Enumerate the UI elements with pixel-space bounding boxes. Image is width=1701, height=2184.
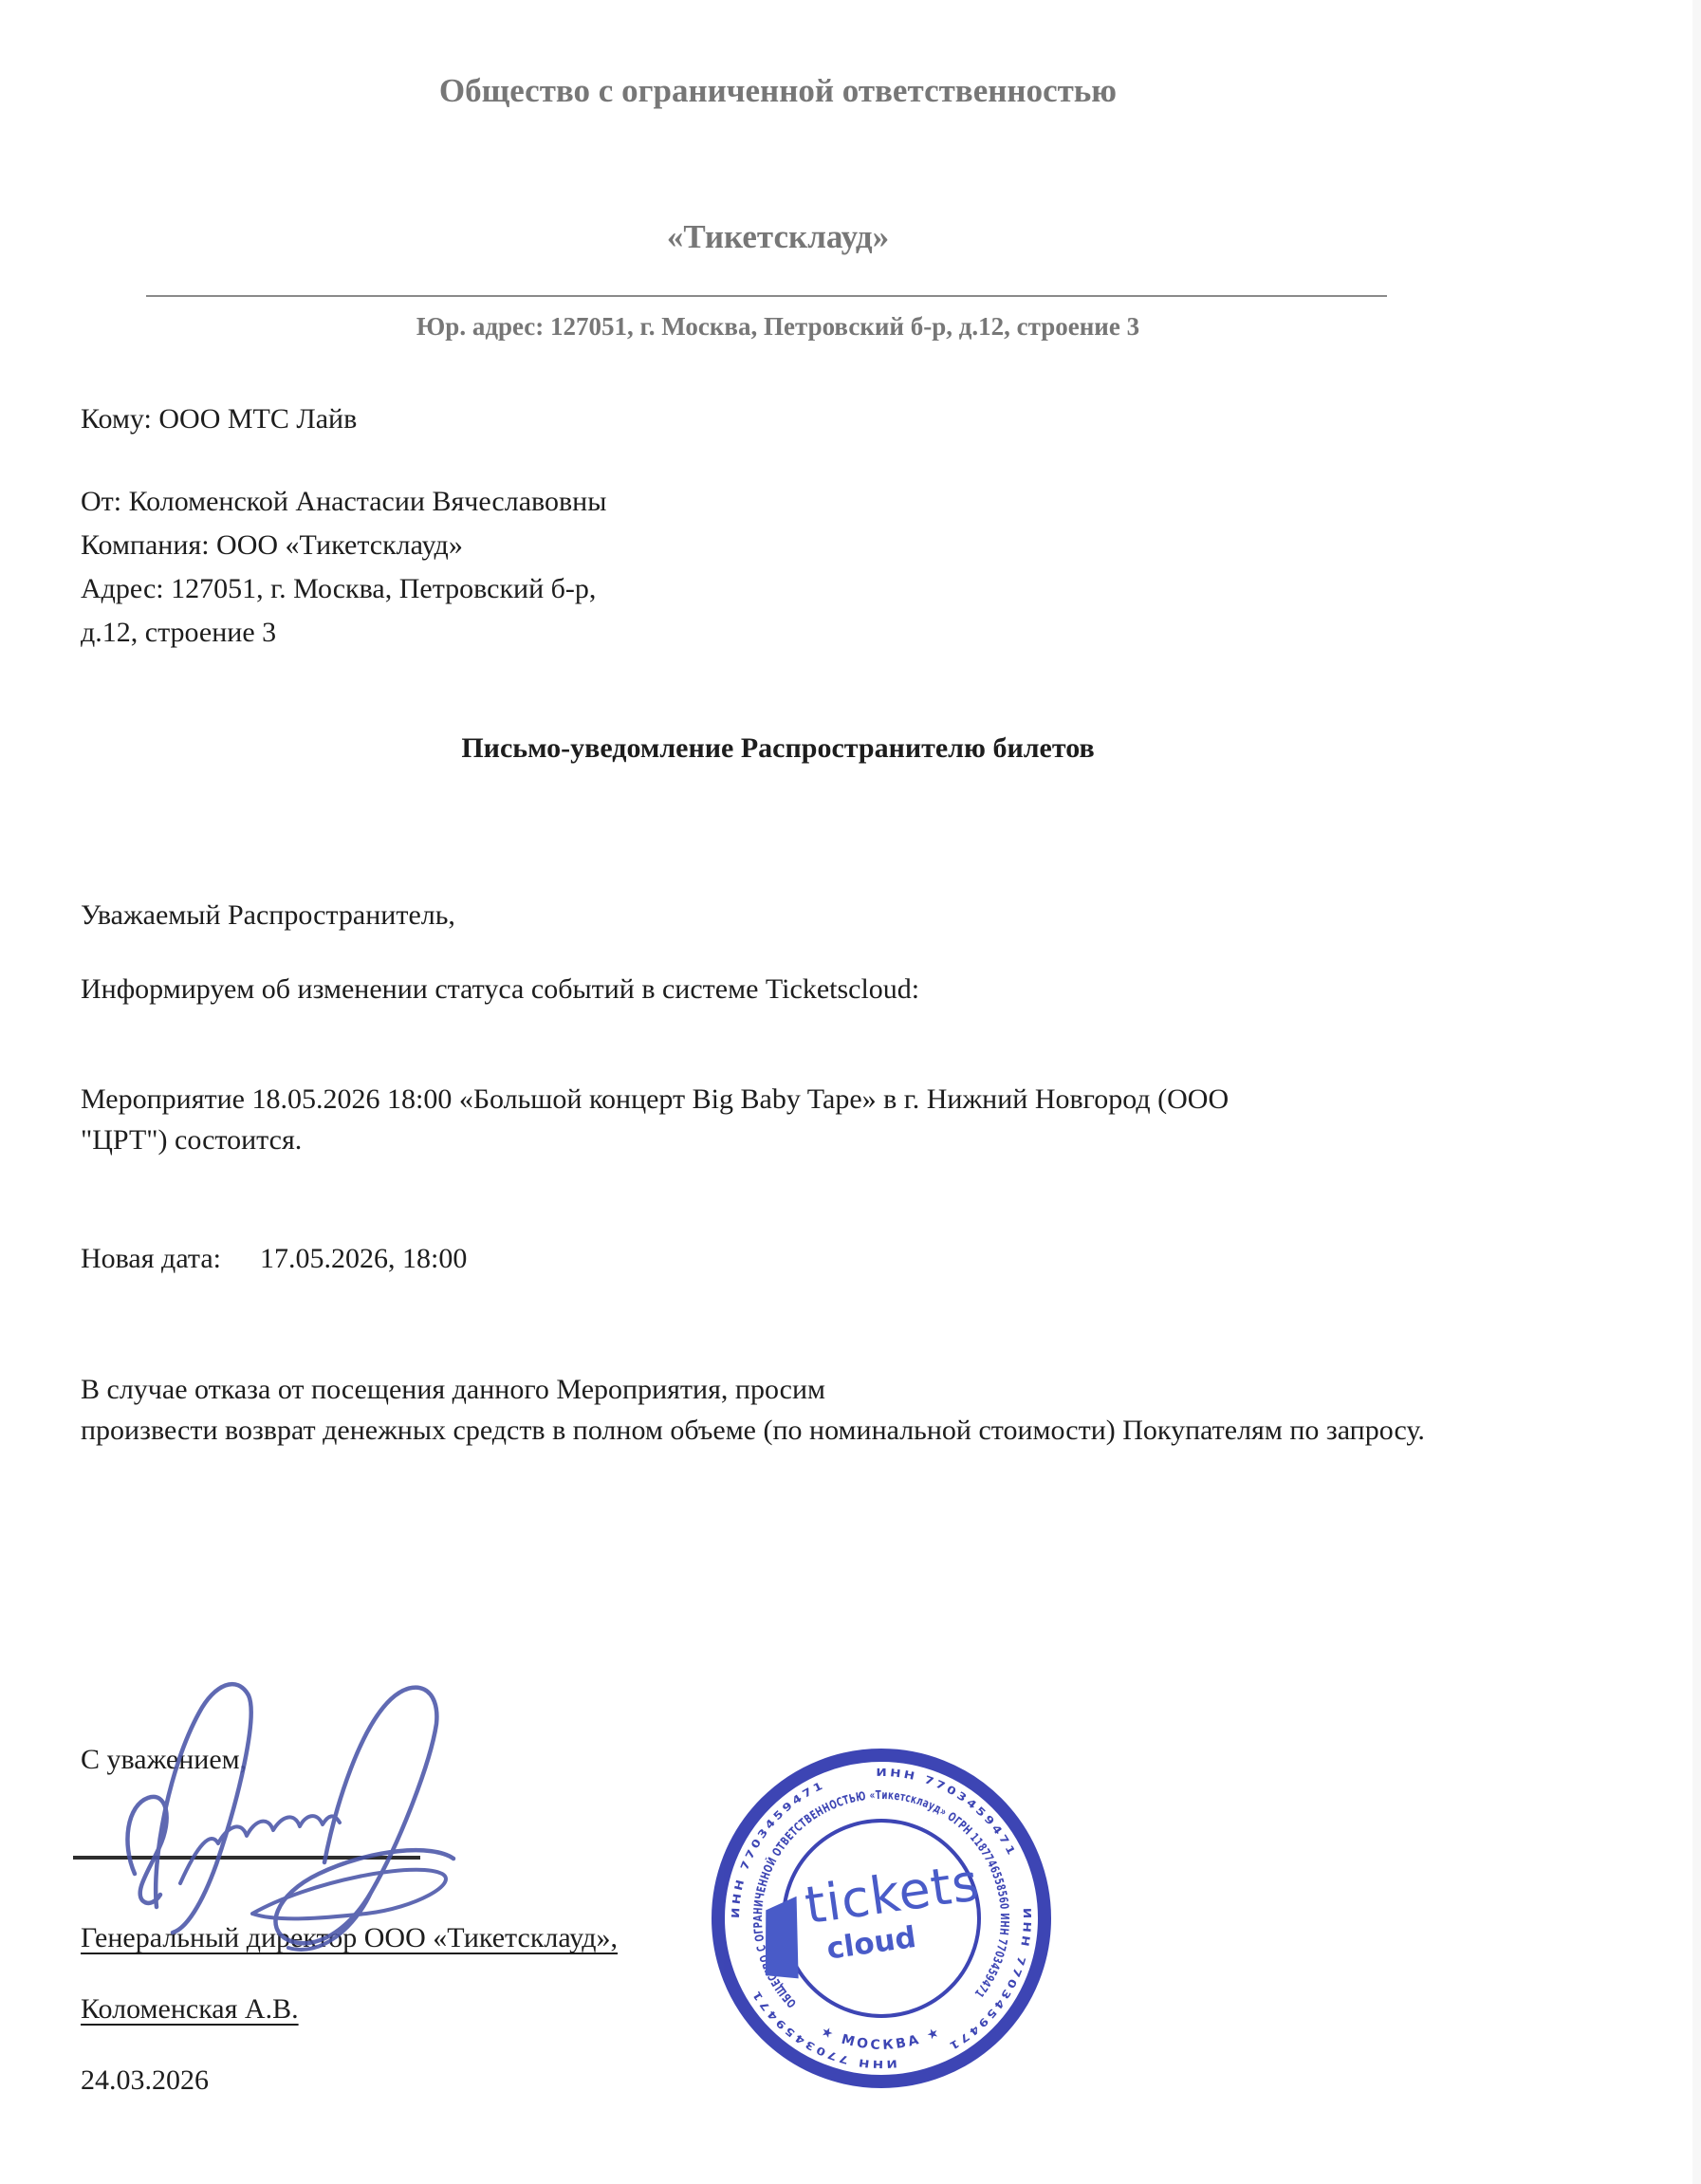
scan-edge-artifact — [1692, 0, 1701, 2184]
tickets-cloud-logo: tickets cloud — [752, 1852, 989, 1983]
sender-from: От: Коломенской Анастасии Вячеславовны — [81, 486, 606, 518]
letter-page: Общество с ограниченной ответственностью… — [0, 0, 1701, 2184]
letter-date: 24.03.2026 — [81, 2064, 209, 2097]
sender-address-line1: Адрес: 127051, г. Москва, Петровский б-р… — [81, 573, 596, 605]
sender-address-line2: д.12, строение 3 — [81, 617, 276, 649]
event-line2: "ЦРТ") состоится. — [81, 1124, 302, 1157]
event-line1: Мероприятие 18.05.2026 18:00 «Большой ко… — [81, 1083, 1229, 1116]
svg-text:★ МОСКВА ★: ★ МОСКВА ★ — [819, 2024, 944, 2053]
sender-company: Компания: ООО «Тикетсклауд» — [81, 529, 463, 562]
refund-line2: произвести возврат денежных средств в по… — [81, 1415, 1425, 1447]
legal-address: Юр. адрес: 127051, г. Москва, Петровский… — [81, 312, 1475, 342]
signer-name: Коломенская А.В. — [81, 1993, 299, 2026]
company-name: «Тикетсклауд» — [81, 218, 1475, 256]
letterhead-divider — [146, 295, 1387, 297]
new-date-label: Новая дата: — [81, 1243, 221, 1274]
company-legal-form: Общество с ограниченной ответственностью — [81, 72, 1475, 110]
handwritten-signature — [66, 1656, 522, 1969]
new-date-row: Новая дата:17.05.2026, 18:00 — [81, 1243, 467, 1275]
recipient-to: Кому: ООО МТС Лайв — [81, 403, 357, 435]
refund-line1: В случае отказа от посещения данного Мер… — [81, 1374, 825, 1406]
new-date-value: 17.05.2026, 18:00 — [260, 1243, 467, 1275]
salutation: Уважаемый Распространитель, — [81, 899, 455, 932]
company-stamp: ИНН 7703459471 ИНН 7703459471 ИНН 770345… — [701, 1738, 1062, 2099]
stamp-city-text: ★ МОСКВА ★ — [819, 2024, 944, 2053]
intro-line: Информируем об изменении статуса событий… — [81, 973, 919, 1006]
letter-title: Письмо-уведомление Распространителю биле… — [81, 732, 1475, 765]
